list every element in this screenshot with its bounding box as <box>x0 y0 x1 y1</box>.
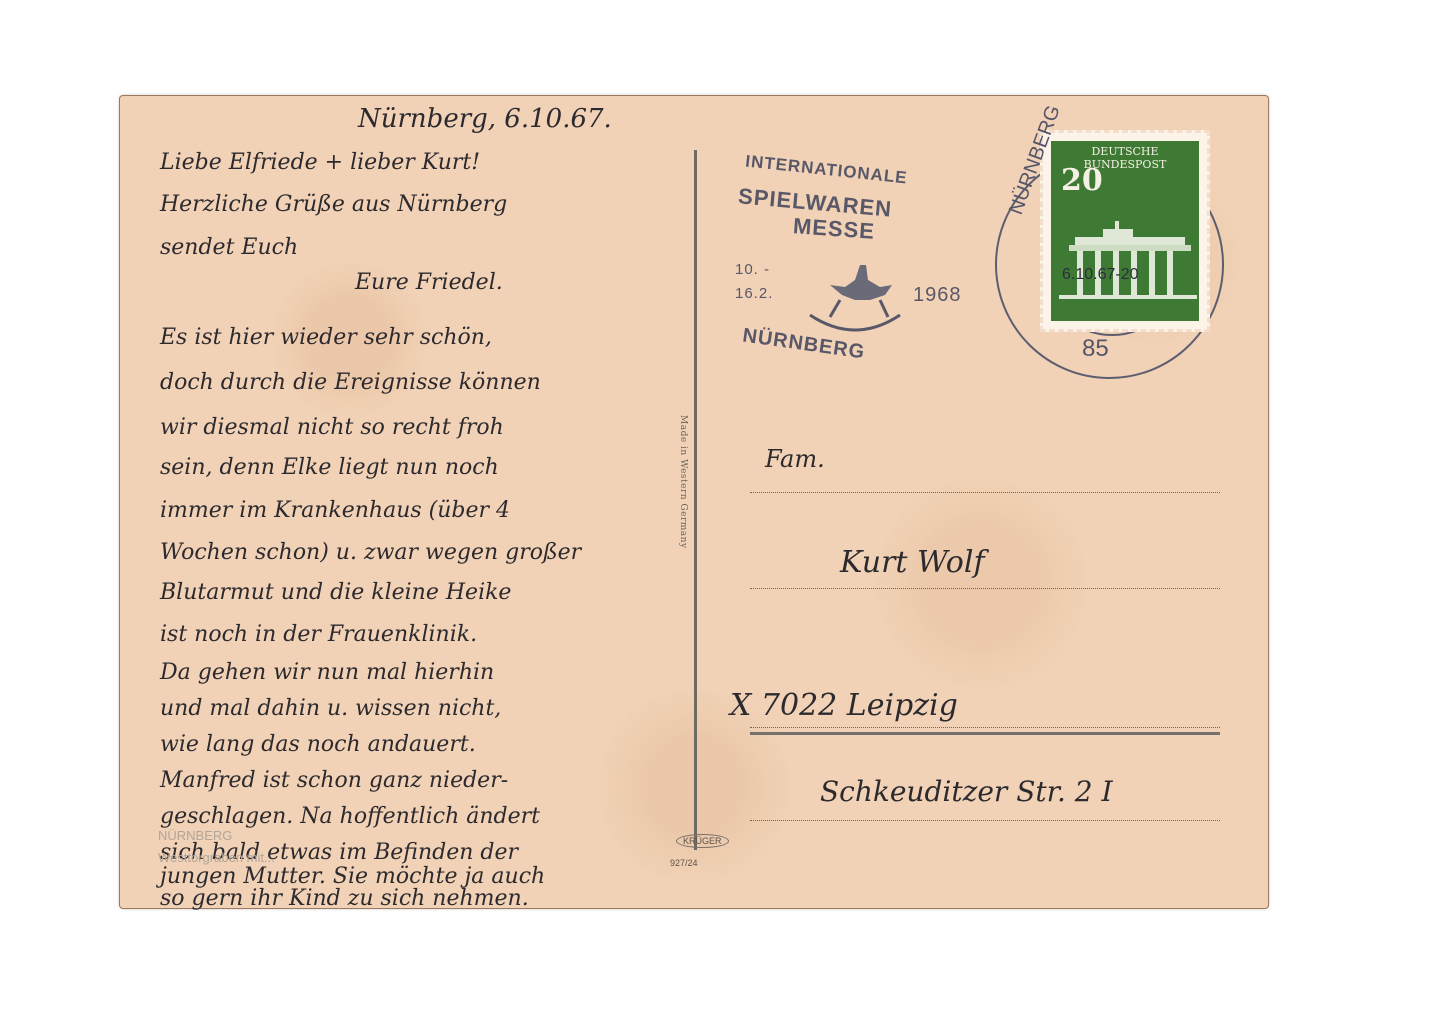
slogan-year: 1968 <box>913 284 962 307</box>
publisher-logo: KRÜGER <box>676 834 729 848</box>
message-line: Liebe Elfriede + lieber Kurt! <box>160 150 480 175</box>
message-line: Da gehen wir nun mal hierhin <box>160 660 494 685</box>
message-line: Wochen schon) u. zwar wegen großer <box>160 540 581 565</box>
made-in-label: Made in Western Germany <box>678 415 688 549</box>
message-line: ist noch in der Frauenklinik. <box>160 622 477 647</box>
message-line: geschlagen. Na hoffentlich ändert <box>160 804 540 829</box>
message-line: immer im Krankenhaus (über 4 <box>160 498 510 523</box>
message-line: Herzliche Grüße aus Nürnberg <box>160 192 507 217</box>
center-divider <box>694 150 697 850</box>
stamp-face: DEUTSCHE BUNDESPOST 20 <box>1051 141 1199 321</box>
message-line: Manfred ist schon ganz nieder- <box>160 768 508 793</box>
brandenburg-gate-icon <box>1055 221 1195 301</box>
printed-caption-subtitle: Westtorgraben mit... <box>158 850 275 865</box>
message-line: sein, denn Elke liegt nun noch <box>160 455 499 480</box>
message-line: so gern ihr Kind zu sich nehmen. <box>160 886 529 911</box>
address-rule-4 <box>750 820 1220 821</box>
rocking-horse-icon <box>800 245 910 335</box>
message-line: Blutarmut und die kleine Heike <box>160 580 511 605</box>
date-line: Nürnberg, 6.10.67. <box>358 104 612 134</box>
printed-caption-title: NÜRNBERG <box>158 828 232 843</box>
address-rule-2 <box>750 588 1220 589</box>
postage-stamp: DEUTSCHE BUNDESPOST 20 <box>1040 130 1210 332</box>
address-salutation: Fam. <box>765 445 825 473</box>
message-line: wir diesmal nicht so recht froh <box>160 415 504 440</box>
address-rule-3-solid <box>750 732 1220 735</box>
address-rule-1 <box>750 492 1220 493</box>
address-name: Kurt Wolf <box>840 545 985 580</box>
message-line: und mal dahin u. wissen nicht, <box>160 696 501 721</box>
stamp-value: 20 <box>1061 163 1103 198</box>
postmark-date: 6.10.67-20 <box>1062 266 1139 284</box>
message-line: Eure Friedel. <box>355 270 503 295</box>
message-line: wie lang das noch andauert. <box>160 732 476 757</box>
address-rule-3 <box>750 727 1220 728</box>
message-line: doch durch die Ereignisse können <box>160 370 541 395</box>
message-line: sendet Euch <box>160 235 298 260</box>
address-street: Schkeuditzer Str. 2 I <box>820 775 1113 808</box>
publisher-number: 927/24 <box>670 858 698 868</box>
address-city-line: X 7022 Leipzig <box>730 688 958 723</box>
postmark-code: 85 <box>1082 335 1109 363</box>
slogan-dates: 10. - 16.2. <box>735 258 773 306</box>
message-line: Es ist hier wieder sehr schön, <box>160 325 492 350</box>
